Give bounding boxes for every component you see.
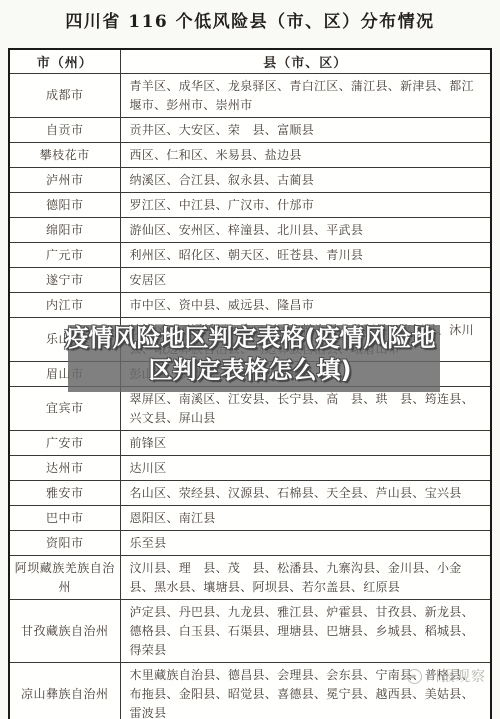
page-title: 四川省 116 个低风险县（市、区）分布情况 [0,7,500,32]
table-row: 泸州市纳溪区、合江县、叙永县、古蔺县 [9,168,491,193]
counties-cell: 罗江区、中江县、广汉市、什邡市 [120,193,491,218]
city-cell: 广元市 [9,243,120,268]
city-cell: 内江市 [9,293,120,318]
counties-cell: 西区、仁和区、米易县、盐边县 [120,143,491,168]
counties-cell: 恩阳区、南江县 [120,506,491,531]
city-cell: 成都市 [9,74,120,118]
table-row: 自贡市贡井区、大安区、荣 县、富顺县 [9,118,491,143]
table-row: 内江市市中区、资中县、威远县、隆昌市 [9,293,491,318]
counties-cell: 翠屏区、南溪区、江安县、长宁县、高 县、珙 县、筠连县、兴文县、屏山县 [120,387,491,431]
table-row: 遂宁市安居区 [9,268,491,293]
table-row: 巴中市恩阳区、南江县 [9,506,491,531]
counties-cell: 前锋区 [120,431,491,456]
chuanbao-logo-icon [407,669,422,684]
table-row: 成都市青羊区、成华区、龙泉驿区、青白江区、蒲江县、新津县、都江堰市、彭州市、崇州… [9,74,491,118]
counties-cell: 名山区、荥经县、汉源县、石棉县、天全县、芦山县、宝兴县 [120,481,491,506]
counties-cell: 安居区 [120,268,491,293]
watermark-line-1: 疫情风险地区判定表格(疫情风险地 [0,322,500,354]
brand-watermark: 川报观察 [407,666,486,686]
table-row: 宜宾市翠屏区、南溪区、江安县、长宁县、高 县、珙 县、筠连县、兴文县、屏山县 [9,387,491,431]
counties-cell: 乐至县 [120,531,491,556]
table-row: 雅安市名山区、荥经县、汉源县、石棉县、天全县、芦山县、宝兴县 [9,481,491,506]
city-cell: 遂宁市 [9,268,120,293]
header-county: 县（市、区） [120,49,491,74]
table-row: 达州市达川区 [9,456,491,481]
counties-cell: 利州区、昭化区、朝天区、旺苍县、青川县 [120,243,491,268]
counties-cell: 市中区、资中县、威远县、隆昌市 [120,293,491,318]
counties-cell: 纳溪区、合江县、叙永县、古蔺县 [120,168,491,193]
city-cell: 宜宾市 [9,387,120,431]
counties-cell: 贡井区、大安区、荣 县、富顺县 [120,118,491,143]
city-cell: 凉山彝族自治州 [9,663,120,719]
table-row: 资阳市乐至县 [9,531,491,556]
table-row: 阿坝藏族羌族自治州汶川县、理 县、茂 县、松潘县、九寨沟县、金川县、小金县、黑水… [9,556,491,600]
watermark-overlay-text: 疫情风险地区判定表格(疫情风险地 区判定表格怎么填) [0,322,500,386]
city-cell: 雅安市 [9,481,120,506]
table-row: 德阳市罗江区、中江县、广汉市、什邡市 [9,193,491,218]
city-cell: 攀枝花市 [9,143,120,168]
city-cell: 巴中市 [9,506,120,531]
city-cell: 泸州市 [9,168,120,193]
city-cell: 德阳市 [9,193,120,218]
city-cell: 达州市 [9,456,120,481]
brand-watermark-label: 川报观察 [426,666,486,686]
counties-cell: 达川区 [120,456,491,481]
city-cell: 广安市 [9,431,120,456]
table-row: 甘孜藏族自治州泸定县、丹巴县、九龙县、雅江县、炉霍县、甘孜县、新龙县、德格县、白… [9,600,491,663]
counties-cell: 汶川县、理 县、茂 县、松潘县、九寨沟县、金川县、小金县、黑水县、壤塘县、阿坝县… [120,556,491,600]
watermark-line-2: 区判定表格怎么填) [0,354,500,386]
table-body: 成都市青羊区、成华区、龙泉驿区、青白江区、蒲江县、新津县、都江堰市、彭州市、崇州… [9,74,491,719]
table-row: 广元市利州区、昭化区、朝天区、旺苍县、青川县 [9,243,491,268]
city-cell: 绵阳市 [9,218,120,243]
counties-cell: 游仙区、安州区、梓潼县、北川县、平武县 [120,218,491,243]
table-row: 攀枝花市西区、仁和区、米易县、盐边县 [9,143,491,168]
city-cell: 自贡市 [9,118,120,143]
table-header-row: 市（州） 县（市、区） [9,49,491,74]
city-cell: 阿坝藏族羌族自治州 [9,556,120,600]
counties-cell: 泸定县、丹巴县、九龙县、雅江县、炉霍县、甘孜县、新龙县、德格县、白玉县、石渠县、… [120,600,491,663]
table-row: 广安市前锋区 [9,431,491,456]
table-row: 绵阳市游仙区、安州区、梓潼县、北川县、平武县 [9,218,491,243]
header-city: 市（州） [9,49,120,74]
city-cell: 甘孜藏族自治州 [9,600,120,663]
city-cell: 资阳市 [9,531,120,556]
counties-cell: 青羊区、成华区、龙泉驿区、青白江区、蒲江县、新津县、都江堰市、彭州市、崇州市 [120,74,491,118]
